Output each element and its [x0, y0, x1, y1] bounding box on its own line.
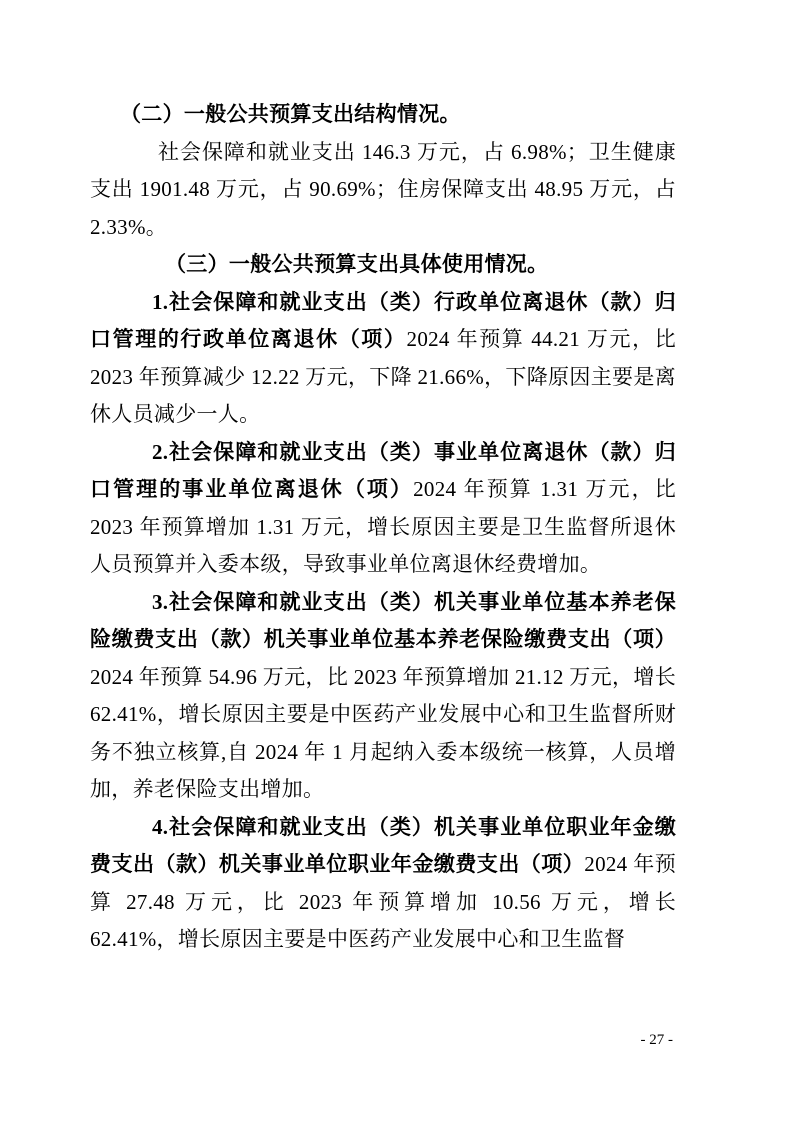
document-text-block: （二）一般公共预算支出结构情况。 社会保障和就业支出 146.3 万元，占 6.… [90, 96, 676, 959]
budget-item-paragraph-3: 3.社会保障和就业支出（类）机关事业单位基本养老保险缴费支出（款）机关事业单位基… [90, 584, 676, 809]
paragraph-expenditure-structure: 社会保障和就业支出 146.3 万元，占 6.98%；卫生健康支出 1901.4… [90, 134, 676, 247]
document-page: （二）一般公共预算支出结构情况。 社会保障和就业支出 146.3 万元，占 6.… [0, 0, 793, 1122]
budget-item-3-title: 3.社会保障和就业支出（类）机关事业单位基本养老保险缴费支出（款）机关事业单位基… [90, 590, 676, 652]
page-number: - 27 - [90, 1030, 673, 1050]
budget-item-3-detail: 2024 年预算 54.96 万元，比 2023 年预算增加 21.12 万元，… [90, 665, 676, 802]
section-heading-budget-expenditure-structure: （二）一般公共预算支出结构情况。 [90, 96, 676, 134]
section-heading-expenditure-specific-usage: （三）一般公共预算支出具体使用情况。 [90, 246, 676, 284]
budget-item-paragraph-1: 1.社会保障和就业支出（类）行政单位离退休（款）归口管理的行政单位离退休（项）2… [90, 284, 676, 434]
budget-item-paragraph-2: 2.社会保障和就业支出（类）事业单位离退休（款）归口管理的事业单位离退休（项）2… [90, 434, 676, 584]
budget-item-paragraph-4: 4.社会保障和就业支出（类）机关事业单位职业年金缴费支出（款）机关事业单位职业年… [90, 809, 676, 959]
